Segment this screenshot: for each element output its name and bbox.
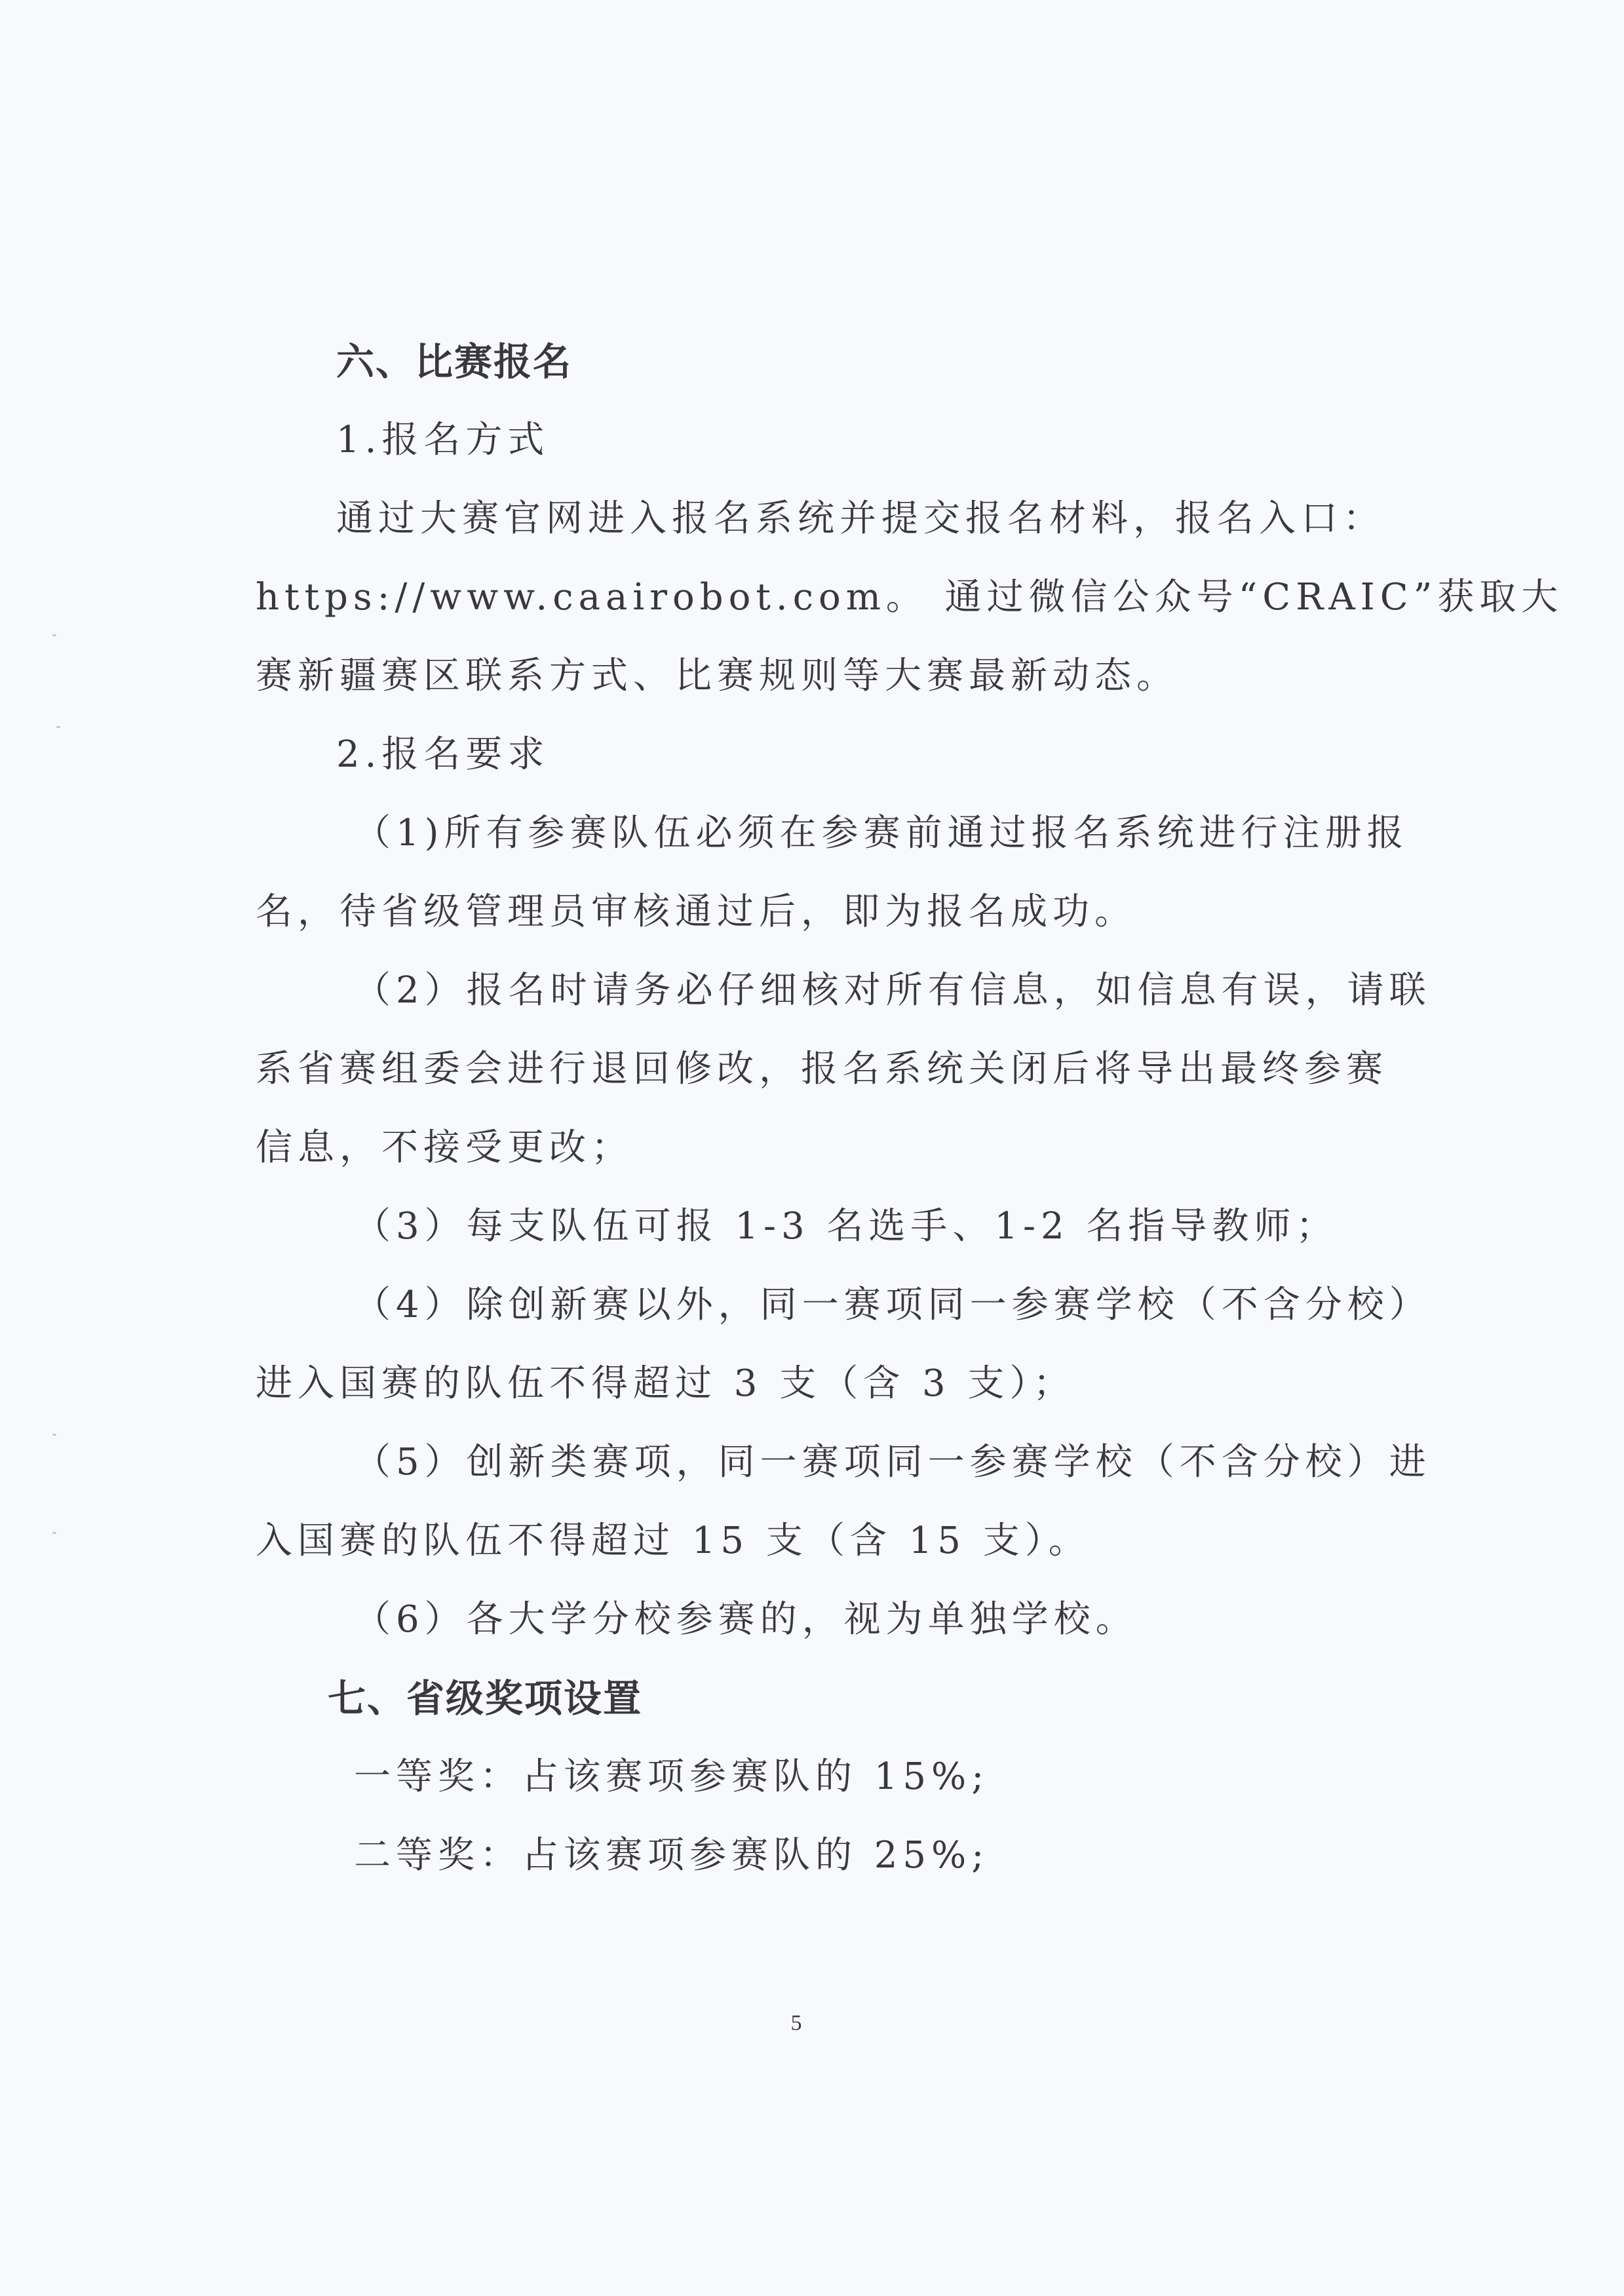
requirement-item-1: （1)所有参赛队伍必须在参赛前通过报名系统进行注册报 <box>354 807 1353 860</box>
requirement-item-4: （4）除创新赛以外，同一赛项同一参赛学校（不含分校） <box>354 1279 1353 1331</box>
scan-artifact <box>52 634 56 636</box>
paragraph-line: 赛新疆赛区联系方式、比赛规则等大赛最新动态。 <box>256 650 1353 702</box>
requirement-item-2-cont: 信息，不接受更改； <box>256 1122 1353 1174</box>
requirement-item-3: （3）每支队伍可报 1-3 名选手、1-2 名指导教师； <box>354 1200 1353 1253</box>
page-number: 5 <box>786 2010 806 2037</box>
requirement-item-5: （5）创新类赛项，同一赛项同一参赛学校（不含分校）进 <box>354 1436 1353 1489</box>
requirement-item-6: （6）各大学分校参赛的，视为单独学校。 <box>354 1594 1353 1646</box>
requirement-item-5-cont: 入国赛的队伍不得超过 15 支（含 15 支）。 <box>256 1515 1353 1567</box>
scan-artifact <box>52 1434 56 1436</box>
requirement-item-4-cont: 进入国赛的队伍不得超过 3 支（含 3 支）； <box>256 1358 1353 1410</box>
subsection-title-registration-method: 1.报名方式 <box>336 414 1353 467</box>
section-heading-registration: 六、比赛报名 <box>336 335 572 388</box>
scan-artifact <box>56 726 60 728</box>
section-heading-awards: 七、省级奖项设置 <box>328 1672 642 1725</box>
award-first-prize: 一等奖：占该赛项参赛队的 15%; <box>354 1751 1353 1803</box>
paragraph-line: 通过大赛官网进入报名系统并提交报名材料，报名入口： <box>336 493 1353 545</box>
award-second-prize: 二等奖：占该赛项参赛队的 25%; <box>354 1829 1353 1882</box>
requirement-item-1-cont: 名，待省级管理员审核通过后，即为报名成功。 <box>256 886 1353 938</box>
paragraph-line-url: https://www.caairobot.com。 通过微信公众号“CRAIC… <box>256 571 1353 624</box>
requirement-item-2: （2）报名时请务必仔细核对所有信息，如信息有误，请联 <box>354 965 1353 1017</box>
document-page: 六、比赛报名 1.报名方式 通过大赛官网进入报名系统并提交报名材料，报名入口： … <box>0 0 1624 2296</box>
subsection-title-registration-requirements: 2.报名要求 <box>336 729 1353 781</box>
scan-artifact <box>52 1532 56 1534</box>
requirement-item-2-cont: 系省赛组委会进行退回修改，报名系统关闭后将导出最终参赛 <box>256 1043 1353 1096</box>
